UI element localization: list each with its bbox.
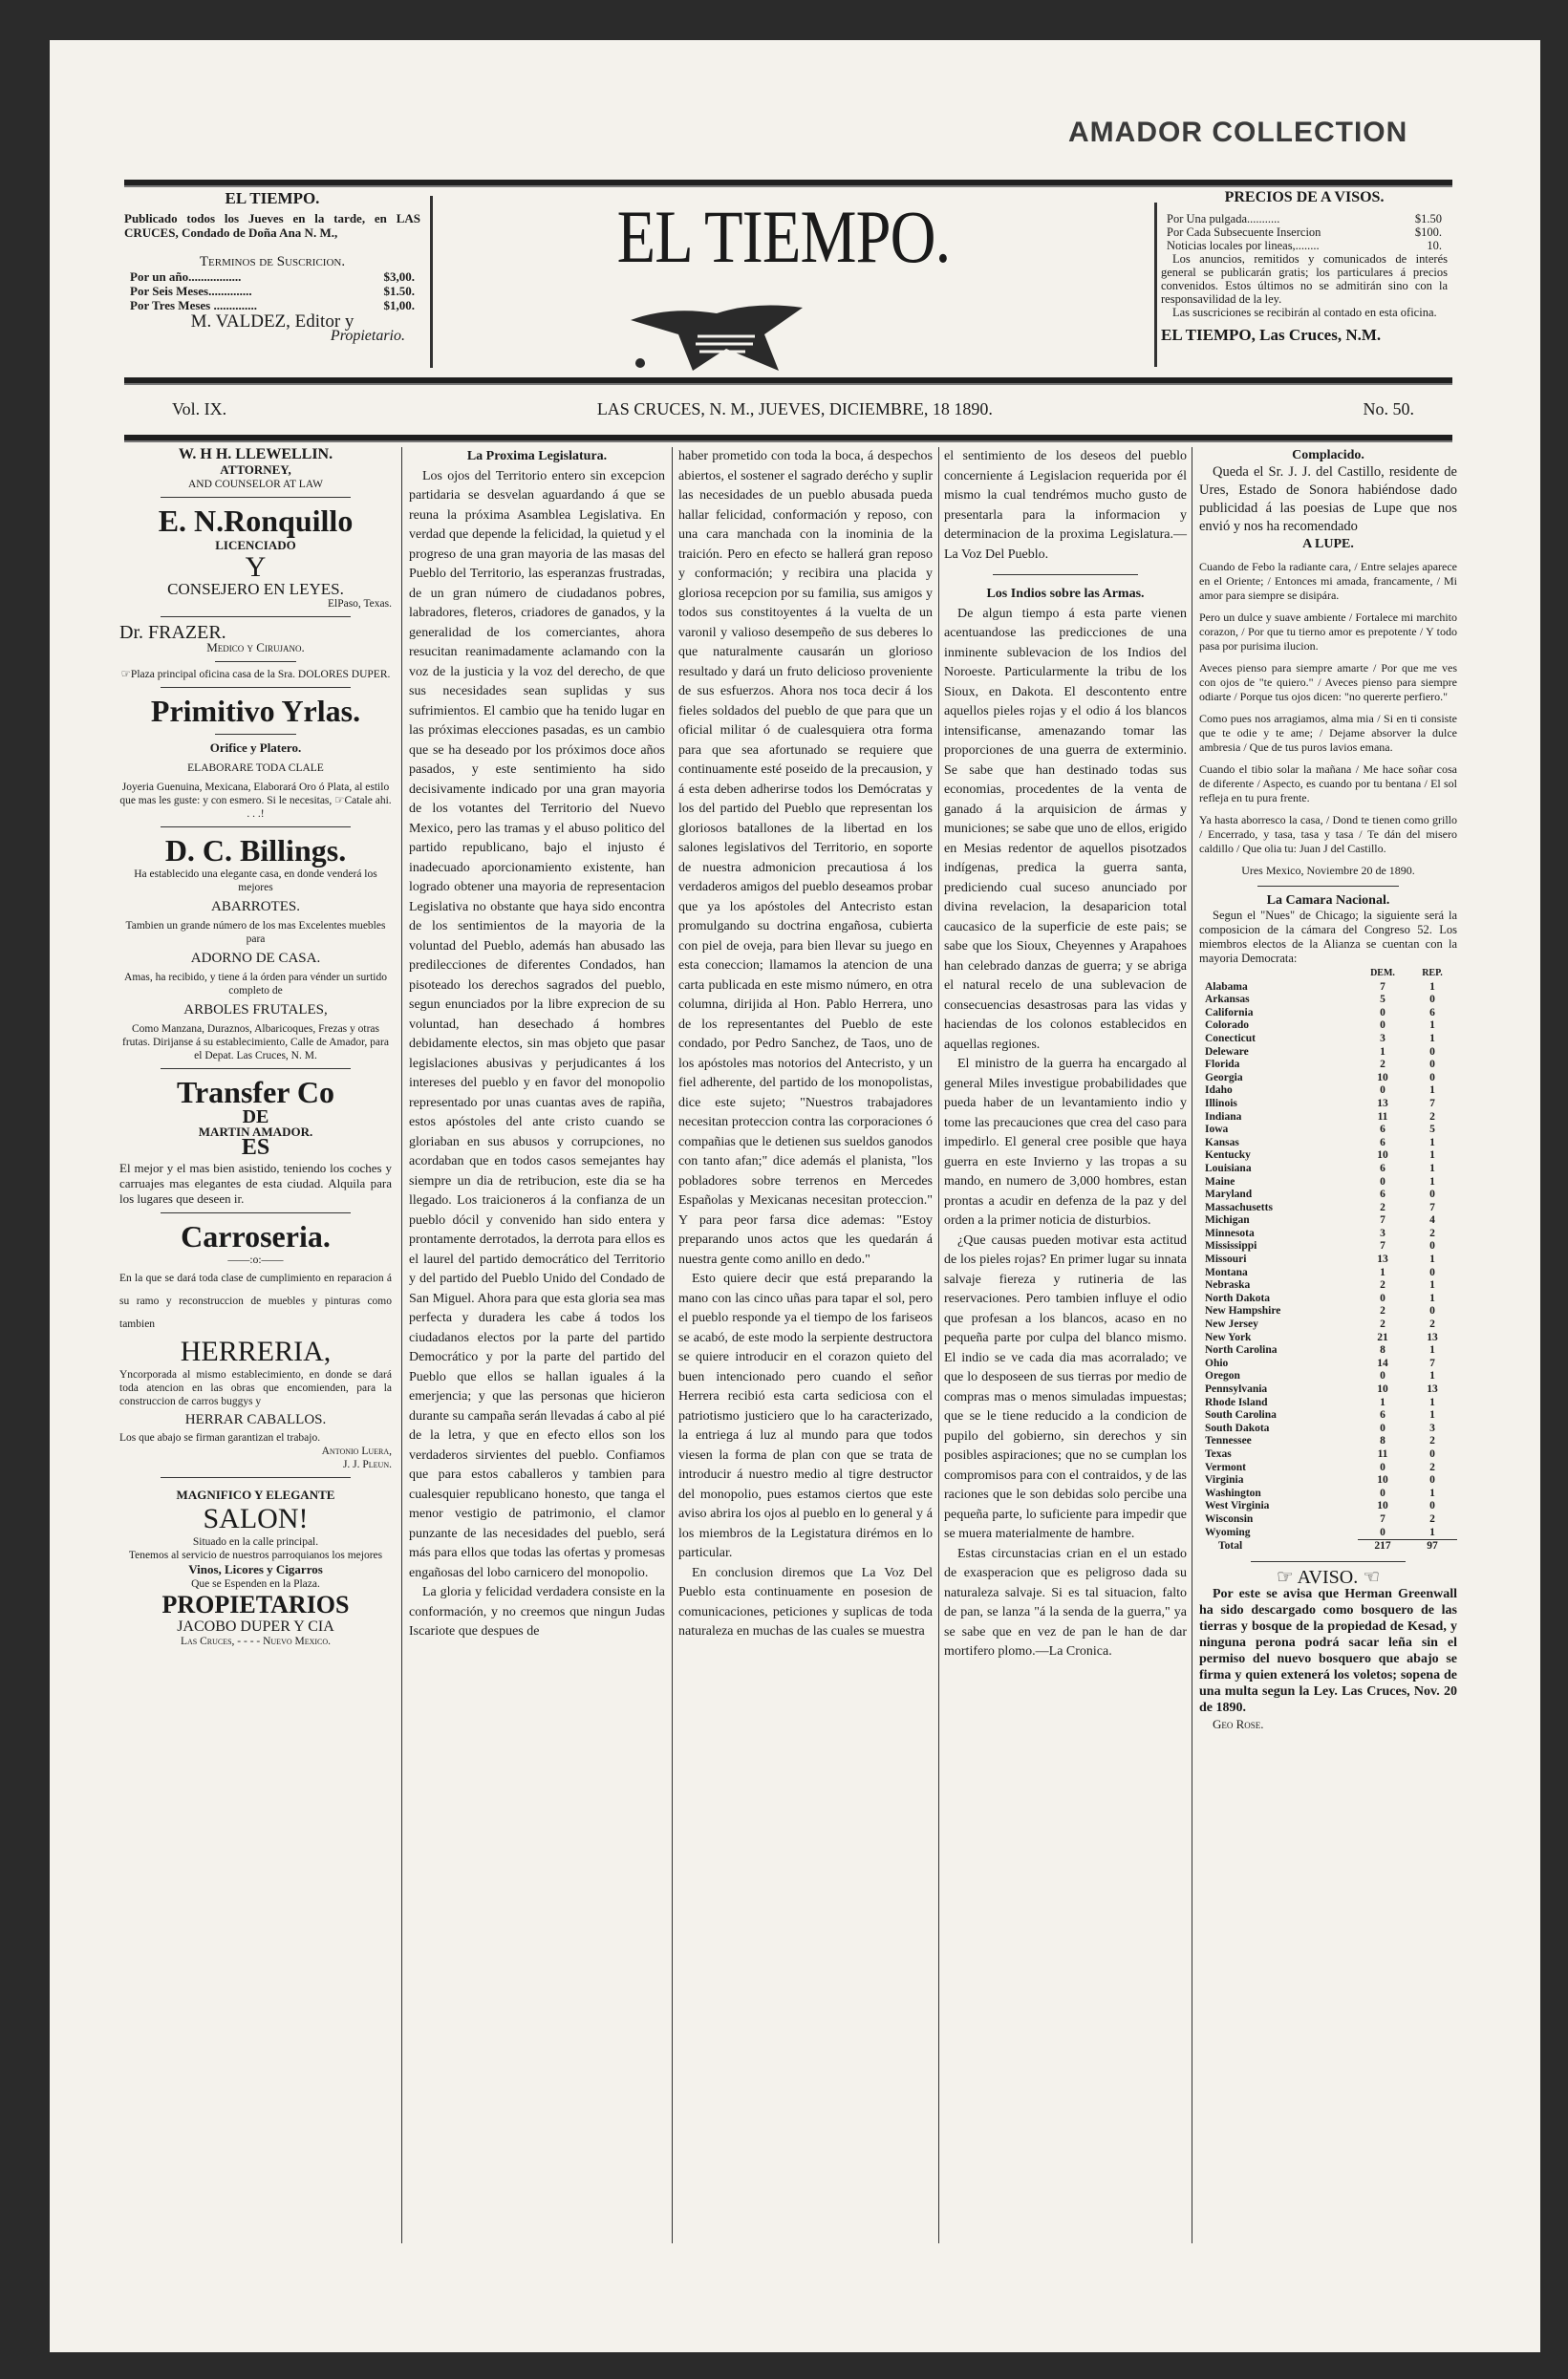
table-row: California06 [1199, 1007, 1457, 1020]
aviso-signature: Geo Rose. [1199, 1716, 1457, 1732]
subscription-price-row: Por un año.................$3,00. [124, 269, 420, 284]
poem-signoff: Ures Mexico, Noviembre 20 de 1890. [1199, 864, 1457, 878]
poem-stanza: Como pues nos arragiamos, alma mia / Si … [1199, 712, 1457, 755]
congress-composition-table: DEM.REP. Alabama71Arkansas50California06… [1199, 966, 1457, 1554]
newspaper-title: EL TIEMPO. [572, 199, 995, 275]
ad-ronquillo: E. N.Ronquillo LICENCIADO Y CONSEJERO EN… [119, 504, 392, 611]
article-body: Estas circunstacias crian en el un estad… [944, 1545, 1187, 1662]
column-rule [401, 447, 402, 2243]
ad-rates-heading: PRECIOS DE A VISOS. [1161, 191, 1448, 204]
table-row: Wisconsin72 [1199, 1513, 1457, 1527]
ad-llewellin: W. H H. LLEWELLIN. ATTORNEY, AND COUNSEL… [119, 447, 392, 491]
subscription-terms-heading: Terminos de Suscricion. [124, 255, 420, 269]
table-row: Indiana112 [1199, 1111, 1457, 1125]
article-body: Segun el "Nues" de Chicago; la siguiente… [1199, 909, 1457, 966]
ads-column: W. H H. LLEWELLIN. ATTORNEY, AND COUNSEL… [119, 447, 392, 1648]
editor-name: M. VALDEZ, Editor y [124, 314, 420, 329]
table-row: Illinois137 [1199, 1098, 1457, 1111]
article-body: el sentimiento de los deseos del pueblo … [944, 447, 1187, 565]
masthead-ad-rates-box: PRECIOS DE A VISOS. Por Una pulgada.....… [1161, 191, 1448, 342]
table-row: South Carolina61 [1199, 1409, 1457, 1423]
ad-carroseria: Carroseria. ——:o:—— En la que se dará to… [119, 1219, 392, 1471]
table-row: Louisiana61 [1199, 1163, 1457, 1176]
table-row: South Dakota03 [1199, 1423, 1457, 1436]
ad-transfer-co: Transfer Co DE MARTIN AMADOR. ES El mejo… [119, 1075, 392, 1207]
subscription-price-row: Por Tres Meses ..............$1,00. [124, 298, 420, 312]
subscription-notice: Las suscriciones se recibirán al contado… [1161, 306, 1448, 319]
article-body: Queda el Sr. J. J. del Castillo, residen… [1199, 463, 1457, 536]
poem-stanza: Ya hasta aborresco la casa, / Dond te ti… [1199, 813, 1457, 856]
table-row: Kentucky101 [1199, 1149, 1457, 1163]
article-body: Los ojos del Territorio entero sin excep… [409, 467, 665, 1584]
table-row: Minnesota32 [1199, 1228, 1457, 1241]
table-row: Arkansas50 [1199, 994, 1457, 1007]
table-row: North Dakota01 [1199, 1293, 1457, 1306]
article-body: ¿Que causas pueden motivar esta actitud … [944, 1232, 1187, 1545]
top-rule [124, 180, 1452, 187]
table-row: Colorado01 [1199, 1019, 1457, 1033]
table-row: Ohio147 [1199, 1358, 1457, 1371]
table-row: New York2113 [1199, 1332, 1457, 1345]
ad-rate-row: Por Una pulgada...........$1.50 [1161, 212, 1448, 225]
table-row: Florida20 [1199, 1059, 1457, 1072]
table-row: Nebraska21 [1199, 1279, 1457, 1293]
table-row: Missouri131 [1199, 1254, 1457, 1267]
table-row: Kansas61 [1199, 1137, 1457, 1150]
table-row: Idaho01 [1199, 1084, 1457, 1098]
table-row: Tennessee82 [1199, 1435, 1457, 1448]
poem-stanza: Cuando de Febo la radiante cara, / Entre… [1199, 560, 1457, 603]
table-row: West Virginia100 [1199, 1500, 1457, 1513]
table-row: Maine01 [1199, 1176, 1457, 1189]
table-row: Wyoming01 [1199, 1527, 1457, 1540]
poem-title: A LUPE. [1199, 536, 1457, 552]
masthead-divider-left [430, 196, 433, 368]
dateline: Vol. IX. LAS CRUCES, N. M., JUEVES, DICI… [172, 399, 1414, 419]
table-row: North Carolina81 [1199, 1344, 1457, 1358]
subscription-price-row: Por Seis Meses..............$1.50. [124, 284, 420, 298]
table-row: Washington01 [1199, 1488, 1457, 1501]
poem-stanza: Cuando el tibio solar la mañana / Me hac… [1199, 762, 1457, 805]
table-row: Vermont02 [1199, 1462, 1457, 1475]
poem-stanza: Pero un dulce y suave ambiente / Fortale… [1199, 611, 1457, 654]
masthead-subscription-box: EL TIEMPO. Publicado todos los Jueves en… [124, 191, 420, 343]
column-rule [938, 447, 939, 2243]
column-rule [672, 447, 673, 2243]
article-column-3: haber prometido con toda la boca, á desp… [678, 447, 933, 1642]
table-row: Deleware10 [1199, 1046, 1457, 1060]
table-row: Michigan74 [1199, 1214, 1457, 1228]
table-row: New Hampshire20 [1199, 1305, 1457, 1318]
ad-billings: D. C. Billings. Ha establecido una elega… [119, 833, 392, 1062]
issue-number: No. 50. [1363, 399, 1414, 419]
archive-stamp: AMADOR COLLECTION [1068, 117, 1407, 149]
table-row: Rhode Island11 [1199, 1397, 1457, 1410]
table-row: New Jersey22 [1199, 1318, 1457, 1332]
table-row: Iowa65 [1199, 1124, 1457, 1137]
ad-rate-row: Por Cada Subsecuente Insercion$100. [1161, 225, 1448, 239]
ad-rate-row: Noticias locales por lineas,........10. [1161, 239, 1448, 252]
article-heading-complacido: Complacido. [1199, 447, 1457, 463]
aviso-body: Por este se avisa que Herman Greenwall h… [1199, 1586, 1457, 1716]
volume-number: Vol. IX. [172, 399, 226, 419]
ad-yrlas: Primitivo Yrlas. Orifice y Platero. ELAB… [119, 694, 392, 821]
masthead-bottom-rule [124, 377, 1452, 385]
table-row: Conecticut31 [1199, 1033, 1457, 1046]
eagle-flag-icon [612, 296, 831, 373]
ad-notice: Los anuncios, remitidos y comunicados de… [1161, 252, 1448, 306]
masthead-left-heading: EL TIEMPO. [124, 191, 420, 205]
article-heading-camara: La Camara Nacional. [1199, 892, 1457, 909]
dateline-rule [124, 435, 1452, 442]
table-row: Alabama71 [1199, 981, 1457, 995]
aviso-heading: ☞ AVISO. ☜ [1199, 1570, 1457, 1586]
article-body: El ministro de la guerra ha encargado al… [944, 1055, 1187, 1232]
article-body: La gloria y felicidad verdadera consiste… [409, 1583, 665, 1642]
column-rule [1192, 447, 1192, 2243]
masthead-divider-right [1154, 203, 1157, 367]
article-heading-indios: Los Indios sobre las Armas. [944, 585, 1187, 605]
poem-stanza: Aveces pienso para siempre amarte / Por … [1199, 661, 1457, 704]
table-row: Mississippi70 [1199, 1240, 1457, 1254]
ad-salon: MAGNIFICO Y ELEGANTE SALON! Situado en l… [119, 1488, 392, 1648]
table-row: Oregon01 [1199, 1370, 1457, 1383]
table-row: Texas110 [1199, 1448, 1457, 1462]
table-row: Montana10 [1199, 1267, 1457, 1280]
article-column-2: La Proxima Legislatura. Los ojos del Ter… [409, 447, 665, 1642]
article-column-5: Complacido. Queda el Sr. J. J. del Casti… [1199, 447, 1457, 1732]
place-and-date: LAS CRUCES, N. M., JUEVES, DICIEMBRE, 18… [597, 399, 993, 419]
masthead-right-footer: EL TIEMPO, Las Cruces, N.M. [1161, 329, 1448, 342]
table-row: Georgia100 [1199, 1072, 1457, 1085]
article-body: En conclusion diremos que La Voz Del Pue… [678, 1564, 933, 1642]
article-body: haber prometido con toda la boca, á desp… [678, 447, 933, 1270]
table-row: Maryland60 [1199, 1189, 1457, 1202]
table-row: Pennsylvania1013 [1199, 1383, 1457, 1397]
table-total-row: Total21797 [1199, 1540, 1457, 1554]
article-body: De algun tiempo á esta parte vienen acen… [944, 605, 1187, 1056]
article-column-4: el sentimiento de los deseos del pueblo … [944, 447, 1187, 1662]
publication-info: Publicado todos los Jueves en la tarde, … [124, 211, 420, 240]
ad-frazer: Dr. FRAZER. Medico y Cirujano. ☞Plaza pr… [119, 625, 392, 681]
table-row: Virginia100 [1199, 1474, 1457, 1488]
article-body: Esto quiere decir que está preparando la… [678, 1270, 933, 1564]
article-heading-legislatura: La Proxima Legislatura. [409, 447, 665, 467]
table-row: Massachusetts27 [1199, 1202, 1457, 1215]
